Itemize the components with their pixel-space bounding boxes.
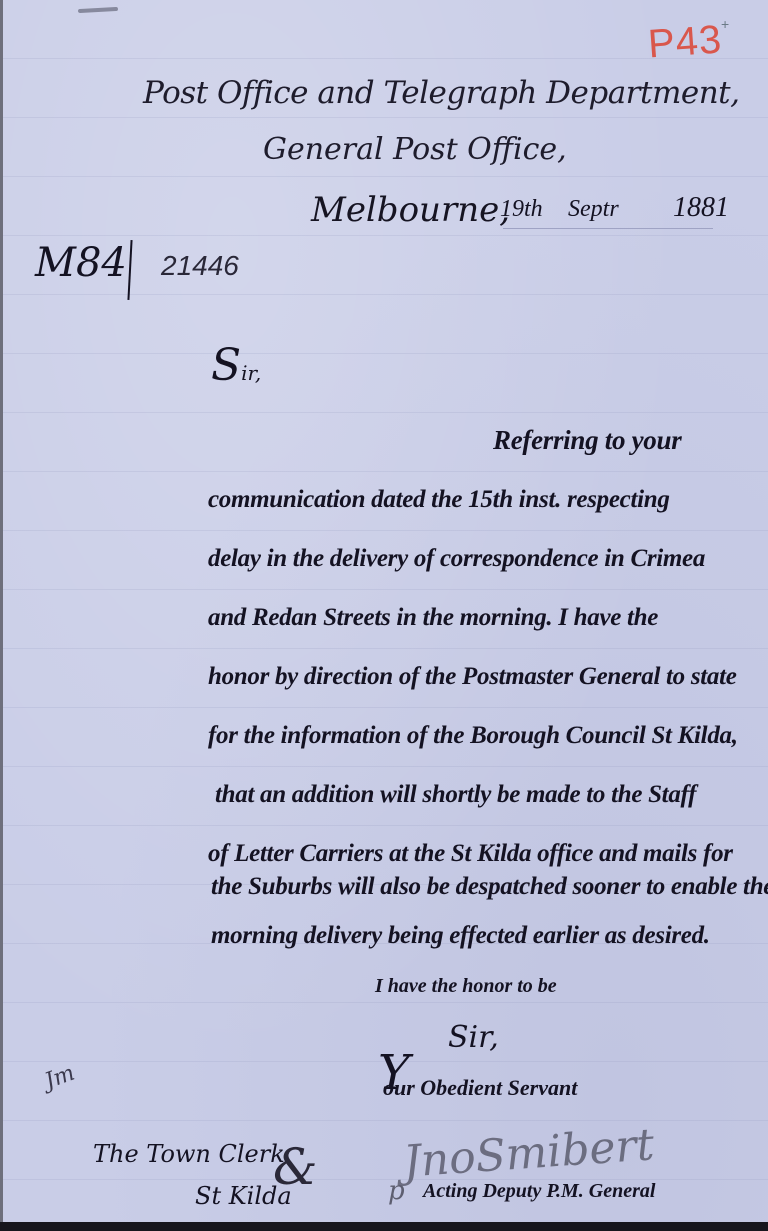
letterhead-department: Post Office and Telegraph Department, bbox=[143, 75, 739, 111]
registry-mark: M84 bbox=[35, 240, 127, 286]
body-line: of Letter Carriers at the St Kilda offic… bbox=[208, 840, 733, 868]
body-line: communication dated the 15th inst. respe… bbox=[208, 486, 670, 514]
body-line: that an addition will shortly be made to… bbox=[215, 781, 696, 809]
closing-sir: Sir, bbox=[448, 1020, 499, 1055]
signature-pp: p bbox=[388, 1176, 405, 1206]
date-year: 1881 bbox=[673, 192, 729, 224]
date-month: Septr bbox=[568, 196, 619, 223]
letterhead-office: General Post Office, bbox=[263, 132, 567, 167]
salutation: Sir, bbox=[211, 340, 261, 391]
archive-reference-mark: + bbox=[721, 16, 729, 32]
body-line: morning delivery being effected earlier … bbox=[211, 922, 710, 950]
letter-page: P43 + Post Office and Telegraph Departme… bbox=[0, 0, 768, 1222]
body-line: for the information of the Borough Counc… bbox=[208, 722, 738, 750]
date-day: 19th bbox=[500, 196, 543, 223]
ink-smudge bbox=[78, 7, 118, 13]
body-line: Referring to your bbox=[493, 425, 681, 456]
archive-reference: P43 bbox=[647, 17, 724, 67]
date-rule bbox=[503, 228, 713, 229]
registry-number: 21446 bbox=[161, 250, 239, 282]
letterhead-city: Melbourne, bbox=[311, 190, 510, 230]
salutation-rest: ir, bbox=[241, 361, 261, 385]
addressee-brace: & bbox=[273, 1138, 318, 1196]
marginal-initials: Jm bbox=[42, 1061, 78, 1095]
signature-title: Acting Deputy P.M. General bbox=[423, 1180, 655, 1203]
body-line: delay in the delivery of correspondence … bbox=[208, 545, 705, 573]
body-line: honor by direction of the Postmaster Gen… bbox=[208, 663, 737, 691]
body-line: the Suburbs will also be despatched soon… bbox=[211, 873, 768, 901]
addressee-title: The Town Clerk bbox=[93, 1140, 285, 1168]
scan-edge bbox=[0, 1222, 768, 1231]
signature: JnoSmibert bbox=[402, 1119, 656, 1187]
salutation-initial: S bbox=[211, 340, 241, 391]
closing-servant: our Obedient Servant bbox=[383, 1075, 577, 1101]
closing-phrase: I have the honor to be bbox=[375, 975, 557, 998]
registry-divider bbox=[127, 240, 132, 300]
body-line: and Redan Streets in the morning. I have… bbox=[208, 604, 658, 632]
